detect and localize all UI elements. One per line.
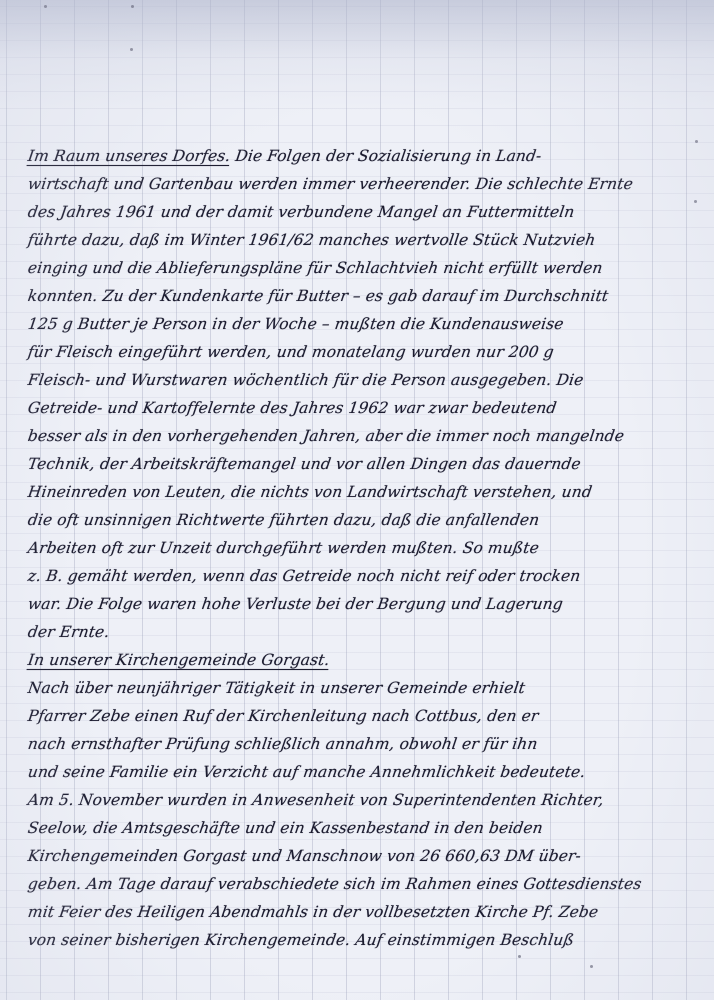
- paper-speck: [44, 5, 47, 8]
- text-line: nach ernsthafter Prüfung schließlich ann…: [26, 730, 702, 758]
- text-line: Nach über neunjähriger Tätigkeit in unse…: [26, 674, 702, 702]
- text-line: mit Feier des Heiligen Abendmahls in der…: [26, 898, 702, 926]
- section-village: Im Raum unseres Dorfes. Die Folgen der S…: [26, 142, 698, 646]
- text-line: des Jahres 1961 und der damit verbundene…: [26, 198, 702, 226]
- handwritten-text: Im Raum unseres Dorfes. Die Folgen der S…: [26, 142, 698, 954]
- text-line: einging und die Ablieferungspläne für Sc…: [26, 254, 702, 282]
- text-line: Am 5. November wurden in Anwesenheit von…: [26, 786, 702, 814]
- section-heading: In unserer Kirchengemeinde Gorgast.: [26, 646, 702, 674]
- line-text: Die Folgen der Sozialisierung in Land-: [234, 147, 543, 165]
- text-line: führte dazu, daß im Winter 1961/62 manch…: [26, 226, 702, 254]
- text-line: geben. Am Tage darauf verabschiedete sic…: [26, 870, 702, 898]
- text-line: für Fleisch eingeführt werden, und monat…: [26, 338, 702, 366]
- text-line: war. Die Folge waren hohe Verluste bei d…: [26, 590, 702, 618]
- section-church: In unserer Kirchengemeinde Gorgast. Nach…: [26, 646, 698, 954]
- section-heading: Im Raum unseres Dorfes.: [27, 147, 232, 165]
- text-line: Pfarrer Zebe einen Ruf der Kirchenleitun…: [26, 702, 702, 730]
- text-line: Technik, der Arbeitskräftemangel und vor…: [26, 450, 702, 478]
- paper-speck: [518, 955, 521, 958]
- text-line: der Ernte.: [26, 618, 702, 646]
- text-line: Arbeiten oft zur Unzeit durchgeführt wer…: [26, 534, 702, 562]
- paper-speck: [131, 5, 134, 8]
- manuscript-page: Im Raum unseres Dorfes. Die Folgen der S…: [0, 0, 714, 1000]
- text-line: Im Raum unseres Dorfes. Die Folgen der S…: [26, 142, 702, 170]
- text-line: Kirchengemeinden Gorgast und Manschnow v…: [26, 842, 702, 870]
- paper-speck: [695, 140, 698, 143]
- paper-speck: [130, 48, 133, 51]
- text-line: besser als in den vorhergehenden Jahren,…: [26, 422, 702, 450]
- text-line: wirtschaft und Gartenbau werden immer ve…: [26, 170, 702, 198]
- text-line: Getreide- und Kartoffelernte des Jahres …: [26, 394, 702, 422]
- text-line: Hineinreden von Leuten, die nichts von L…: [26, 478, 702, 506]
- paper-speck: [694, 200, 697, 203]
- text-line: die oft unsinnigen Richtwerte führten da…: [26, 506, 702, 534]
- text-line: konnten. Zu der Kundenkarte für Butter –…: [26, 282, 702, 310]
- text-line: Seelow, die Amtsgeschäfte und ein Kassen…: [26, 814, 702, 842]
- text-line: von seiner bisherigen Kirchengemeinde. A…: [26, 926, 702, 954]
- paper-speck: [590, 965, 593, 968]
- text-line: Fleisch- und Wurstwaren wöchentlich für …: [26, 366, 702, 394]
- text-line: z. B. gemäht werden, wenn das Getreide n…: [26, 562, 702, 590]
- text-line: 125 g Butter je Person in der Woche – mu…: [26, 310, 702, 338]
- text-line: und seine Familie ein Verzicht auf manch…: [26, 758, 702, 786]
